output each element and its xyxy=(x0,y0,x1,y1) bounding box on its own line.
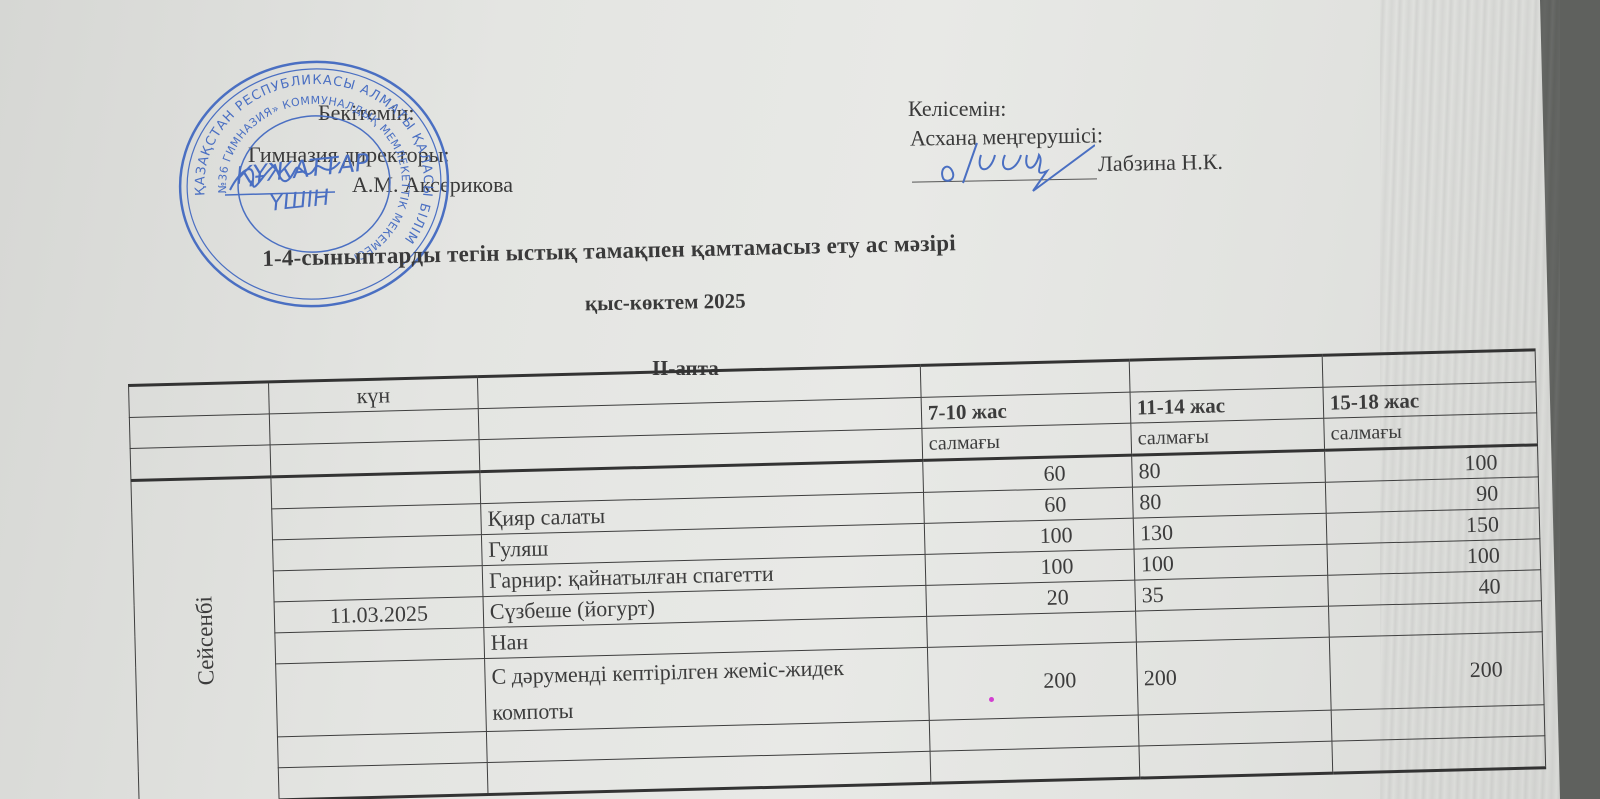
portion-weight-11-14 xyxy=(1138,710,1332,746)
weight-label: салмағы xyxy=(1131,418,1325,455)
document-subtitle: қыс-көктем 2025 xyxy=(585,289,746,317)
portion-weight-11-14: 200 xyxy=(1136,637,1331,715)
portion-weight-15-18 xyxy=(1332,736,1546,773)
agreement-title: Келісемін: xyxy=(908,96,1006,122)
header-cell xyxy=(270,440,480,477)
agreement-name: Лабзина Н.К. xyxy=(1098,149,1223,177)
portion-weight-11-14: 80 xyxy=(1132,450,1326,487)
header-cell xyxy=(129,414,270,449)
ink-dot-mark xyxy=(989,697,994,702)
header-cell xyxy=(920,360,1130,397)
date-cell xyxy=(276,659,487,737)
weight-label: салмағы xyxy=(1324,413,1538,450)
portion-weight-7-10 xyxy=(930,746,1140,783)
portion-weight-11-14: 100 xyxy=(1134,544,1328,580)
header-cell xyxy=(130,445,271,481)
date-cell xyxy=(271,472,481,509)
dish-name: С дәруменді кептірілген жеміс-жидек комп… xyxy=(485,647,930,731)
portion-weight-15-18: 200 xyxy=(1329,632,1544,710)
director-signature xyxy=(225,150,345,210)
day-name: Сейсенбі xyxy=(190,596,220,686)
portion-weight-11-14: 35 xyxy=(1135,575,1329,611)
header-day-label: күн xyxy=(268,377,478,414)
weight-label: салмағы xyxy=(922,423,1132,460)
portion-weight-15-18: 100 xyxy=(1325,445,1539,482)
portion-weight-7-10: 60 xyxy=(923,455,1133,492)
portion-weight-11-14: 80 xyxy=(1132,482,1326,518)
menu-table-wrapper: күн 7-10 жас 11-14 жас 15-18 жас салмағы… xyxy=(128,348,1546,799)
date-cell xyxy=(278,763,488,799)
portion-weight-11-14: 130 xyxy=(1133,513,1327,549)
portion-weight-7-10: 200 xyxy=(927,642,1138,720)
canteen-head-signature xyxy=(935,133,1095,193)
portion-weight-11-14 xyxy=(1139,741,1333,778)
menu-table: күн 7-10 жас 11-14 жас 15-18 жас салмағы… xyxy=(128,348,1546,799)
header-cell xyxy=(1322,350,1536,387)
portion-weight-11-14 xyxy=(1136,606,1330,642)
age-group-11-14: 11-14 жас xyxy=(1130,387,1324,423)
day-cell: Сейсенбі xyxy=(131,477,279,799)
header-cell xyxy=(129,382,270,418)
header-cell xyxy=(1129,355,1323,392)
